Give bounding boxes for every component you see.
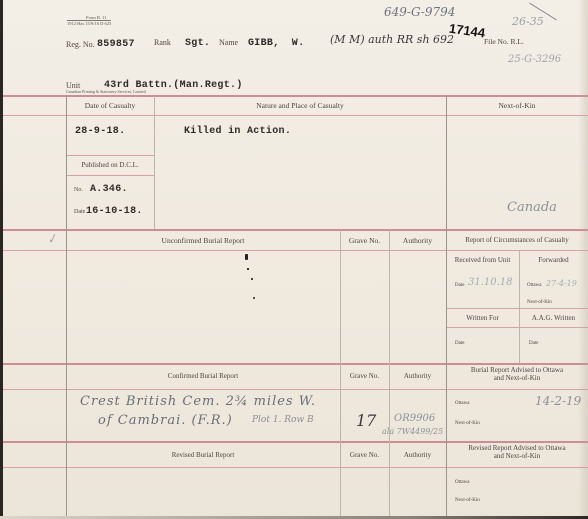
reg-no-label: Reg. No. <box>66 40 95 49</box>
rule <box>3 363 588 365</box>
unconfirmed-authority-header: Authority <box>389 236 446 245</box>
file-no-label: File No. R.L. <box>484 37 524 46</box>
scan-edge <box>0 0 3 519</box>
rule <box>446 327 588 328</box>
unconfirmed-grave-header: Grave No. <box>340 236 389 245</box>
rank-label: Rank <box>154 38 171 47</box>
dcl-date-value: 16-10-18. <box>86 206 143 217</box>
rule <box>3 250 588 251</box>
revised-authority-header: Authority <box>389 451 446 459</box>
rule <box>3 115 588 116</box>
dcl-date-label: Date <box>74 209 85 215</box>
rule <box>3 441 588 443</box>
rule <box>446 308 588 309</box>
column-divider <box>154 96 155 229</box>
confirmed-ottawa-date: 14-2-19 <box>535 394 581 408</box>
confirmed-burial-header: Confirmed Burial Report <box>66 372 340 380</box>
burial-plot: Plot 1. Row B <box>252 415 314 425</box>
printer-info: Canadian Printing & Stationery Services,… <box>66 89 146 94</box>
forwarded-ottawa-date: 27-4-19 <box>546 279 577 288</box>
casualty-record-card: Form B. 11 1912 Has 15/9/16 D 625 Reg. N… <box>0 0 588 519</box>
rule <box>66 175 154 176</box>
burial-advised-header: Burial Report Advised to Ottawa and Next… <box>446 366 588 382</box>
column-divider <box>519 251 520 363</box>
revised-kin-label: Next-of-Kin <box>455 498 480 503</box>
next-of-kin-value: Canada <box>507 200 557 215</box>
published-dcl-label: Published on D.C.L. <box>66 161 154 169</box>
aag-date-label: Date <box>529 341 538 346</box>
confirmed-grave-header: Grave No. <box>340 372 389 380</box>
revised-ottawa-label: Ottawa <box>455 480 469 485</box>
revised-burial-header: Revised Burial Report <box>66 451 340 459</box>
confirmed-authority-line2: ala 7W4499/25 <box>382 427 443 436</box>
revised-advised-header: Revised Report Advised to Ottawa and Nex… <box>446 444 588 460</box>
print-info: 1912 Has 15/9/16 D 625 <box>67 20 111 26</box>
next-of-kin-header: Next-of-Kin <box>446 101 588 110</box>
written-for-date-label: Date <box>455 341 464 346</box>
confirmed-ottawa-label: Ottawa <box>455 401 469 406</box>
forwarded-kin-label: Next-of-Kin <box>527 300 552 305</box>
ink-speck <box>245 254 248 260</box>
rule <box>3 229 588 231</box>
ink-speck <box>251 278 253 280</box>
dcl-no-label: No. <box>74 187 83 193</box>
file-ref-second: 25-G-3296 <box>508 54 561 65</box>
rank-value: Sgt. <box>185 38 210 49</box>
burial-place-line2: of Cambrai. (F.R.) <box>98 413 233 428</box>
burial-advised-header-line2: and Next-of-Kin <box>446 374 588 382</box>
nature-of-casualty-header: Nature and Place of Casualty <box>154 101 446 110</box>
file-ref-corner: 26-35 <box>512 15 544 28</box>
rule <box>3 95 588 97</box>
ink-speck <box>253 297 255 299</box>
confirmed-authority-line1: OR9906 <box>394 413 435 424</box>
revised-advised-header-line1: Revised Report Advised to Ottawa <box>446 444 588 452</box>
name-label: Name <box>219 38 238 47</box>
name-value: GIBB, W. <box>248 38 304 49</box>
rule <box>3 389 588 390</box>
scan-edge <box>578 0 588 519</box>
confirmed-authority-header: Authority <box>389 372 446 380</box>
revised-advised-header-line2: and Next-of-Kin <box>446 452 588 460</box>
confirmed-grave-no: 17 <box>356 411 376 430</box>
forwarded-ottawa-label: Ottawa <box>527 283 541 288</box>
written-for-label: Written For <box>446 314 519 322</box>
unconfirmed-burial-header: Unconfirmed Burial Report <box>66 236 340 245</box>
received-date-value: 31.10.18 <box>468 277 513 288</box>
confirmed-kin-label: Next-of-Kin <box>455 421 480 426</box>
ink-speck <box>247 268 249 270</box>
dcl-no-value: A.346. <box>90 184 128 195</box>
rule <box>66 155 154 156</box>
reg-no-value: 859857 <box>97 39 135 50</box>
decoration-note: (M M) auth RR sh 692 <box>330 33 454 46</box>
date-of-casualty-header: Date of Casualty <box>66 101 154 110</box>
circumstances-header: Report of Circumstances of Casualty <box>446 236 588 244</box>
received-date-label: Date <box>455 283 464 288</box>
casualty-date: 28-9-18. <box>75 126 125 137</box>
rule <box>3 467 588 468</box>
burial-place-line1: Crest British Cem. 2¾ miles W. <box>80 394 316 409</box>
check-mark-icon: ✓ <box>45 231 59 248</box>
file-ref-top: 649-G-9794 <box>384 5 455 19</box>
casualty-nature: Killed in Action. <box>184 126 291 137</box>
burial-advised-header-line1: Burial Report Advised to Ottawa <box>446 366 588 374</box>
revised-grave-header: Grave No. <box>340 451 389 459</box>
received-from-unit-label: Received from Unit <box>446 256 519 264</box>
